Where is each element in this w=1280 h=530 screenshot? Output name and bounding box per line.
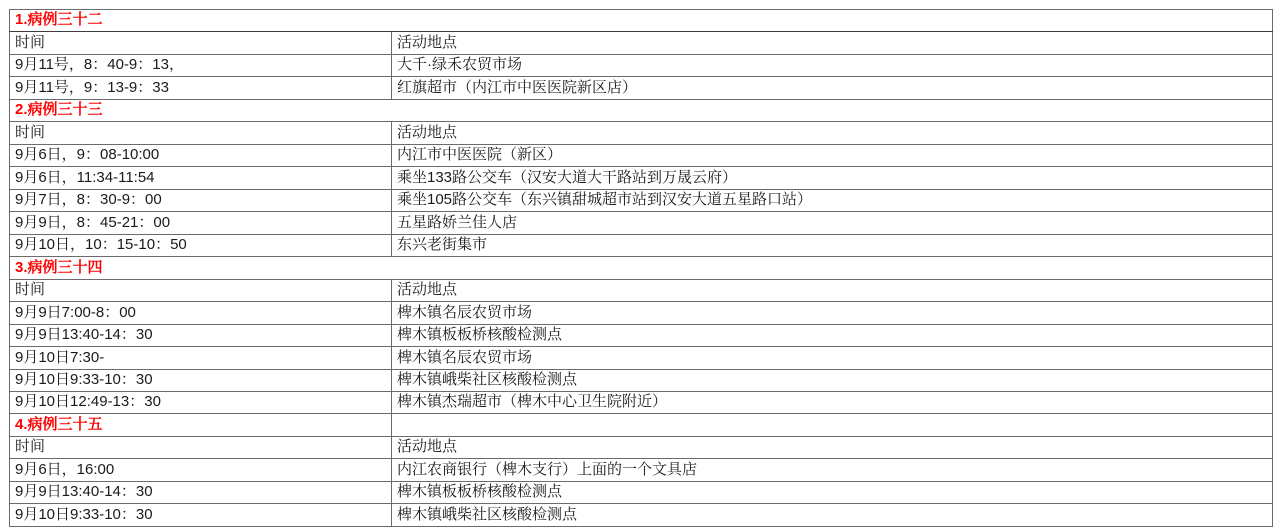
- time-cell: 9月11号，9：13-9：33: [10, 77, 392, 99]
- table-row: 9月10日9:33-10：30 椑木镇峨柴社区核酸检测点: [10, 369, 1273, 391]
- table-row: 1.病例三十二: [10, 10, 1273, 32]
- table-row: 9月6日，9：08-10:00 内江市中医医院（新区）: [10, 144, 1273, 166]
- time-cell: 9月6日，16:00: [10, 459, 392, 481]
- table-row: 时间 活动地点: [10, 279, 1273, 301]
- place-cell: 红旗超市（内江市中医医院新区店）: [392, 77, 1273, 99]
- column-header-time: 时间: [10, 436, 392, 458]
- time-cell: 9月10日7:30-: [10, 347, 392, 369]
- table-row: 2.病例三十三: [10, 99, 1273, 121]
- table-row: 9月10日7:30- 椑木镇名辰农贸市场: [10, 347, 1273, 369]
- time-cell: 9月9日13:40-14：30: [10, 481, 392, 503]
- column-header-time: 时间: [10, 32, 392, 54]
- empty-cell: [392, 414, 1273, 436]
- time-cell: 9月10日，10：15-10：50: [10, 234, 392, 256]
- place-cell: 椑木镇板板桥核酸检测点: [392, 481, 1273, 503]
- time-cell: 9月10日12:49-13：30: [10, 391, 392, 413]
- place-cell: 内江农商银行（椑木支行）上面的一个文具店: [392, 459, 1273, 481]
- place-cell: 椑木镇名辰农贸市场: [392, 302, 1273, 324]
- table-row: 时间 活动地点: [10, 122, 1273, 144]
- table-row: 9月9日13:40-14：30 椑木镇板板桥核酸检测点: [10, 481, 1273, 503]
- place-cell: 内江市中医医院（新区）: [392, 144, 1273, 166]
- time-cell: 9月9日13:40-14：30: [10, 324, 392, 346]
- table-row: 3.病例三十四: [10, 257, 1273, 279]
- column-header-place: 活动地点: [392, 436, 1273, 458]
- section-title: 1.病例三十二: [10, 10, 1273, 32]
- place-cell: 乘坐105路公交车（东兴镇甜城超市站到汉安大道五星路口站）: [392, 189, 1273, 211]
- activity-table: 1.病例三十二 时间 活动地点 9月11号，8：40-9：13， 大千·绿禾农贸…: [9, 9, 1273, 527]
- table-row: 9月7日，8：30-9：00 乘坐105路公交车（东兴镇甜城超市站到汉安大道五星…: [10, 189, 1273, 211]
- table-row: 时间 活动地点: [10, 436, 1273, 458]
- time-cell: 9月10日9:33-10：30: [10, 369, 392, 391]
- section-title: 2.病例三十三: [10, 99, 1273, 121]
- table-row: 9月10日，10：15-10：50 东兴老街集市: [10, 234, 1273, 256]
- table-row: 9月10日9:33-10：30 椑木镇峨柴社区核酸检测点: [10, 504, 1273, 527]
- table-row: 9月9日13:40-14：30 椑木镇板板桥核酸检测点: [10, 324, 1273, 346]
- place-cell: 椑木镇峨柴社区核酸检测点: [392, 504, 1273, 527]
- place-cell: 椑木镇杰瑞超市（椑木中心卫生院附近）: [392, 391, 1273, 413]
- place-cell: 椑木镇峨柴社区核酸检测点: [392, 369, 1273, 391]
- column-header-place: 活动地点: [392, 122, 1273, 144]
- page: 1.病例三十二 时间 活动地点 9月11号，8：40-9：13， 大千·绿禾农贸…: [0, 0, 1280, 530]
- column-header-place: 活动地点: [392, 279, 1273, 301]
- table-row: 9月10日12:49-13：30 椑木镇杰瑞超市（椑木中心卫生院附近）: [10, 391, 1273, 413]
- time-cell: 9月7日，8：30-9：00: [10, 189, 392, 211]
- table-row: 9月9日7:00-8：00 椑木镇名辰农贸市场: [10, 302, 1273, 324]
- time-cell: 9月6日，9：08-10:00: [10, 144, 392, 166]
- table-row: 9月11号，8：40-9：13， 大千·绿禾农贸市场: [10, 54, 1273, 76]
- place-cell: 大千·绿禾农贸市场: [392, 54, 1273, 76]
- place-cell: 东兴老街集市: [392, 234, 1273, 256]
- table-row: 4.病例三十五: [10, 414, 1273, 436]
- table-row: 时间 活动地点: [10, 32, 1273, 54]
- time-cell: 9月9日，8：45-21：00: [10, 212, 392, 234]
- table-row: 9月6日，11:34-11:54 乘坐133路公交车（汉安大道大干路站到万晟云府…: [10, 167, 1273, 189]
- place-cell: 乘坐133路公交车（汉安大道大干路站到万晟云府）: [392, 167, 1273, 189]
- place-cell: 五星路娇兰佳人店: [392, 212, 1273, 234]
- time-cell: 9月6日，11:34-11:54: [10, 167, 392, 189]
- table-row: 9月9日，8：45-21：00 五星路娇兰佳人店: [10, 212, 1273, 234]
- table-row: 9月11号，9：13-9：33 红旗超市（内江市中医医院新区店）: [10, 77, 1273, 99]
- time-cell: 9月11号，8：40-9：13，: [10, 54, 392, 76]
- section-title: 3.病例三十四: [10, 257, 1273, 279]
- column-header-time: 时间: [10, 122, 392, 144]
- section-title: 4.病例三十五: [10, 414, 392, 436]
- column-header-time: 时间: [10, 279, 392, 301]
- time-cell: 9月10日9:33-10：30: [10, 504, 392, 527]
- column-header-place: 活动地点: [392, 32, 1273, 54]
- table-row: 9月6日，16:00 内江农商银行（椑木支行）上面的一个文具店: [10, 459, 1273, 481]
- place-cell: 椑木镇名辰农贸市场: [392, 347, 1273, 369]
- time-cell: 9月9日7:00-8：00: [10, 302, 392, 324]
- place-cell: 椑木镇板板桥核酸检测点: [392, 324, 1273, 346]
